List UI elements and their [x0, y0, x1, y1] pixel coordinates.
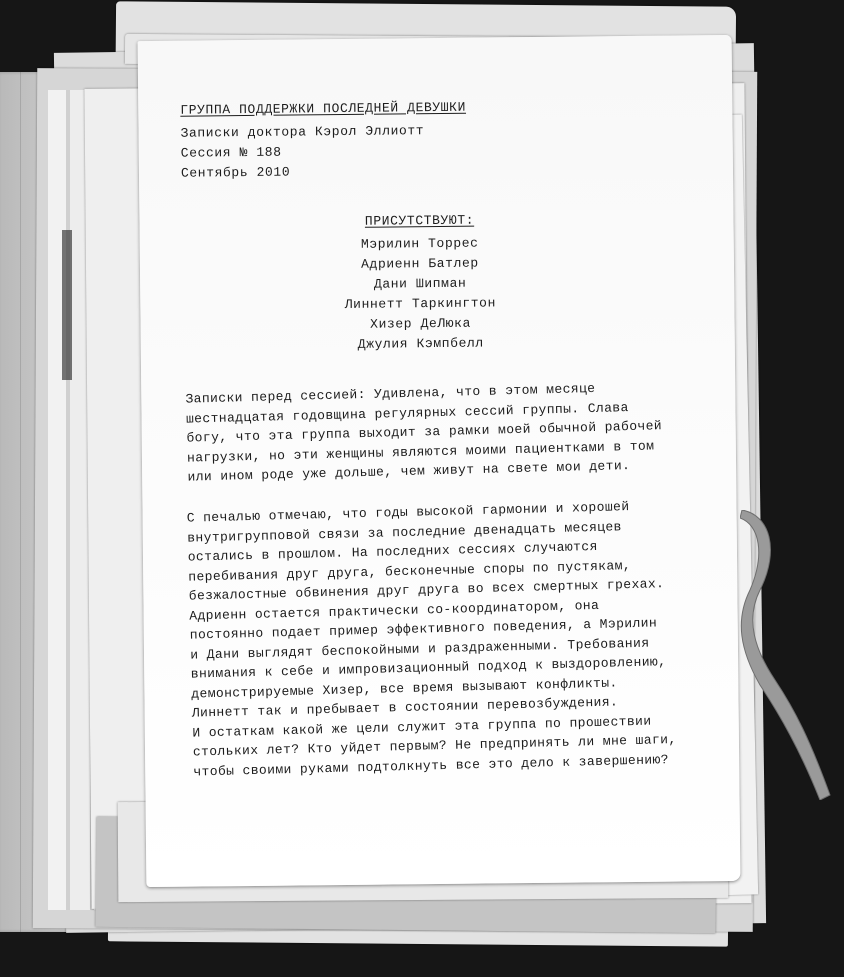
attendance-title: ПРИСУТСТВУЮТ:: [289, 212, 549, 230]
group-assessment: С печалью отмечаю, что годы высокой гарм…: [186, 495, 733, 782]
date-line: Сентябрь 2010: [181, 163, 290, 184]
author-line: Записки доктора Кэрол Эллиотт: [180, 121, 424, 144]
newspaper-clipping: [62, 230, 72, 380]
attendee-name: Адриенн Батлер: [290, 253, 550, 276]
pre-session-notes: Записки перед сессией: Удивлена, что в э…: [185, 376, 727, 488]
attendee-name: Мэрилин Торрес: [290, 233, 550, 256]
session-line: Сессия № 188: [181, 143, 282, 164]
attendance-block: ПРИСУТСТВУЮТ: Мэрилин Торрес Адриенн Бат…: [289, 212, 550, 356]
attendee-name: Дани Шипман: [290, 273, 550, 296]
document-heading: ГРУППА ПОДДЕРЖКИ ПОСЛЕДНЕЙ ДЕВУШКИ: [180, 100, 466, 118]
ribbon-tie: [740, 510, 840, 800]
attendee-name: Хизер ДеЛюка: [290, 313, 550, 336]
attendee-name: Линнетт Таркингтон: [290, 293, 550, 316]
attendee-name: Джулия Кэмпбелл: [291, 333, 551, 356]
front-sheet: ГРУППА ПОДДЕРЖКИ ПОСЛЕДНЕЙ ДЕВУШКИ Запис…: [138, 35, 741, 887]
